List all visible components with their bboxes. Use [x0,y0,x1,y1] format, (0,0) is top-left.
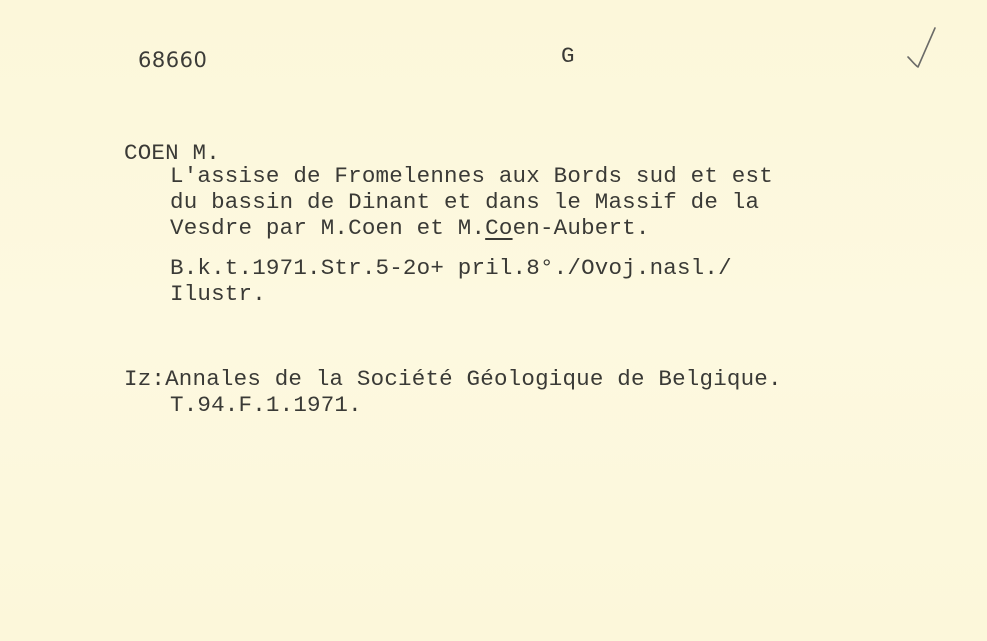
description-line-1: B.k.t.1971.Str.5-2o+ pril.8°./Ovoj.nasl.… [170,255,732,281]
description-line-2: Ilustr. [170,281,266,307]
source-line-1: Iz:Annales de la Société Géologique de B… [124,366,782,392]
title-line-2: du bassin de Dinant et dans le Massif de… [170,189,759,215]
catalog-card: 68660 G COEN M. L'assise de Fromelennes … [0,0,987,641]
check-mark-icon [904,24,940,72]
source-line-2: T.94.F.1.1971. [170,392,362,418]
title-line-3-suffix: en-Aubert. [513,215,650,241]
catalog-number: 68660 [138,48,207,72]
classification-mark: G [561,43,575,69]
title-line-3-underlined: Co [485,215,512,241]
title-line-3: Vesdre par M.Coen et M.Coen-Aubert. [170,215,650,241]
title-line-1: L'assise de Fromelennes aux Bords sud et… [170,163,773,189]
title-line-3-prefix: Vesdre par M.Coen et M. [170,215,485,241]
